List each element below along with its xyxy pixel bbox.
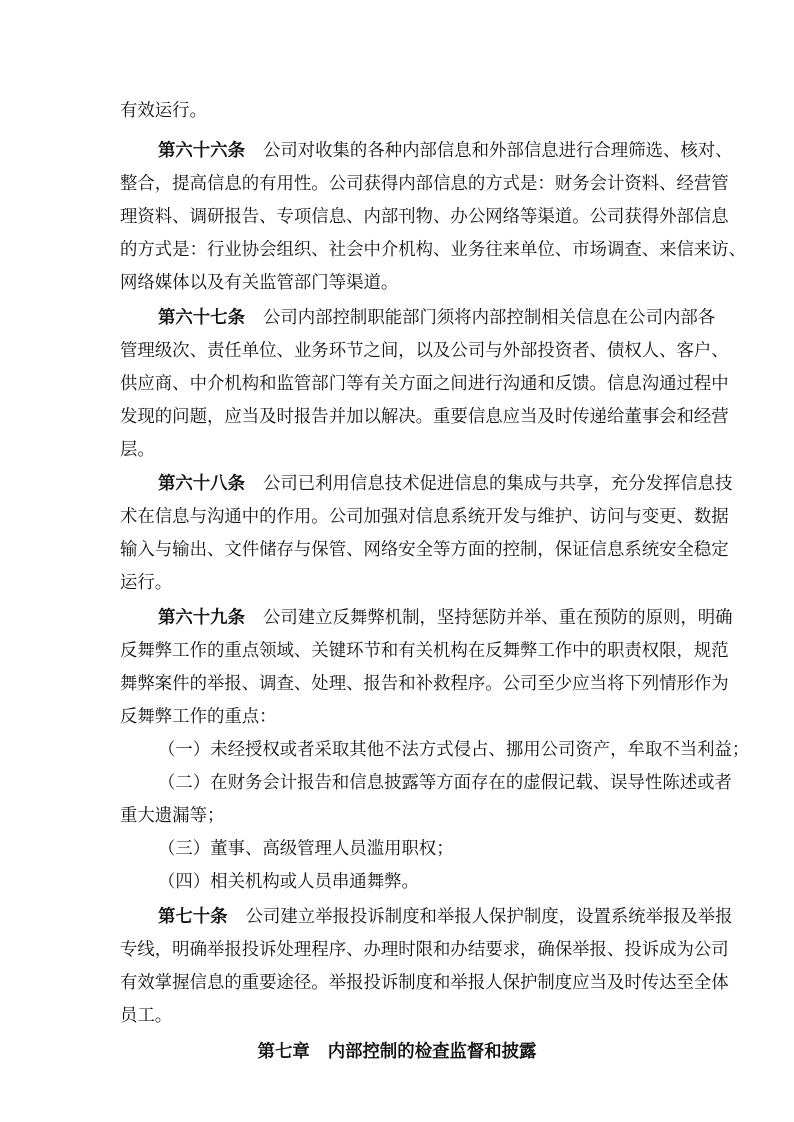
- article-68-line: 术在信息与沟通中的作用。公司加强对信息系统开发与维护、访问与变更、数据: [120, 505, 673, 529]
- article-text: 公司对收集的各种内部信息和外部信息进行合理筛选、核对、: [263, 141, 733, 161]
- article-66-line: 理资料、调研报告、专项信息、内部刊物、办公网络等渠道。公司获得外部信息: [120, 205, 673, 229]
- article-66-line: 整合，提高信息的有用性。公司获得内部信息的方式是：财务会计资料、经营管: [120, 172, 673, 196]
- article-text: 公司建立举报投诉制度和举报人保护制度，设置系统举报及举报: [246, 907, 733, 927]
- article-text: 公司建立反舞弊机制，坚持惩防并举、重在预防的原则，明确: [263, 608, 733, 628]
- article-69-line: 反舞弊工作的重点：: [120, 705, 673, 729]
- article-label: 第六十六条: [158, 141, 245, 161]
- article-69-first-line: 第六十九条公司建立反舞弊机制，坚持惩防并举、重在预防的原则，明确: [158, 606, 673, 630]
- article-70-line: 专线，明确举报投诉处理程序、办理时限和办结要求，确保举报、投诉成为公司: [120, 938, 673, 962]
- article-label: 第七十条: [158, 907, 228, 927]
- article-text: 公司内部控制职能部门须将内部控制相关信息在公司内部各: [263, 308, 715, 328]
- article-70-first-line: 第七十条公司建立举报投诉制度和举报人保护制度，设置系统举报及举报: [158, 905, 673, 929]
- article-67-line: 层。: [120, 438, 673, 462]
- article-68-line: 输入与输出、文件储存与保管、网络安全等方面的控制，保证信息系统安全稳定: [120, 538, 673, 562]
- article-label: 第六十九条: [158, 608, 245, 628]
- chapter-title: 内部控制的检查监督和披露: [328, 1042, 537, 1062]
- list-item-1: （一）未经授权或者采取其他不法方式侵占、挪用公司资产，牟取不当利益；: [158, 738, 673, 762]
- article-68-first-line: 第六十八条公司已利用信息技术促进信息的集成与共享，充分发挥信息技: [158, 472, 673, 496]
- article-67-first-line: 第六十七条公司内部控制职能部门须将内部控制相关信息在公司内部各: [158, 306, 673, 330]
- article-label: 第六十七条: [158, 308, 245, 328]
- article-66-line: 的方式是：行业协会组织、社会中介机构、业务往来单位、市场调查、来信来访、: [120, 238, 673, 262]
- article-66-line: 网络媒体以及有关监管部门等渠道。: [120, 271, 673, 295]
- article-68-line: 运行。: [120, 571, 673, 595]
- article-66-first-line: 第六十六条公司对收集的各种内部信息和外部信息进行合理筛选、核对、: [158, 139, 673, 163]
- article-69-line: 反舞弊工作的重点领域、关键环节和有关机构在反舞弊工作中的职责权限，规范: [120, 639, 673, 663]
- list-item-2: （二）在财务会计报告和信息披露等方面存在的虚假记载、误导性陈述或者: [158, 771, 673, 795]
- article-70-line: 员工。: [120, 1004, 673, 1028]
- article-67-line: 管理级次、责任单位、业务环节之间，以及公司与外部投资者、债权人、客户、: [120, 339, 673, 363]
- list-item-2-cont: 重大遗漏等；: [120, 804, 673, 828]
- article-67-line: 供应商、中介机构和监管部门等有关方面之间进行沟通和反馈。信息沟通过程中: [120, 372, 673, 396]
- article-67-line: 发现的问题，应当及时报告并加以解决。重要信息应当及时传递给董事会和经营: [120, 405, 673, 429]
- document-page: 有效运行。 第六十六条公司对收集的各种内部信息和外部信息进行合理筛选、核对、 整…: [0, 0, 794, 1122]
- article-label: 第六十八条: [158, 474, 245, 494]
- article-text: 公司已利用信息技术促进信息的集成与共享，充分发挥信息技: [263, 474, 733, 494]
- article-69-line: 舞弊案件的举报、调查、处理、报告和补救程序。公司至少应当将下列情形作为: [120, 672, 673, 696]
- chapter-number: 第七章: [258, 1042, 310, 1062]
- continuation-line: 有效运行。: [120, 99, 673, 123]
- list-item-4: （四）相关机构或人员串通舞弊。: [158, 870, 673, 894]
- chapter-heading: 第七章内部控制的检查监督和披露: [0, 1040, 794, 1064]
- list-item-3: （三）董事、高级管理人员滥用职权；: [158, 837, 673, 861]
- article-70-line: 有效掌握信息的重要途径。举报投诉制度和举报人保护制度应当及时传达至全体: [120, 971, 673, 995]
